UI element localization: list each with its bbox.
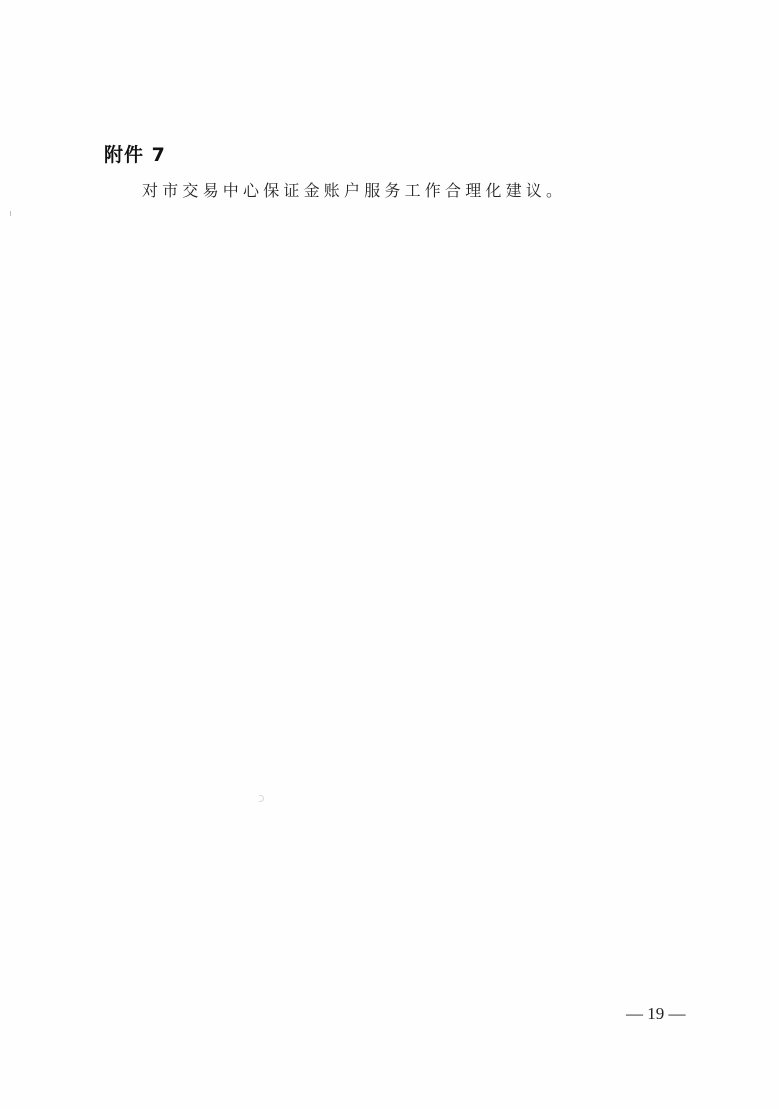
page-number: — 19 — [626,1003,686,1025]
attachment-body-text: 对市交易中心保证金账户服务工作合理化建议。 [142,180,566,202]
attachment-heading: 附件 7 [104,143,166,167]
document-page: 附件 7 对市交易中心保证金账户服务工作合理化建议。 — 19 — [0,0,779,1109]
scan-artifact-mark [10,211,11,216]
scan-artifact-mark [259,795,264,802]
